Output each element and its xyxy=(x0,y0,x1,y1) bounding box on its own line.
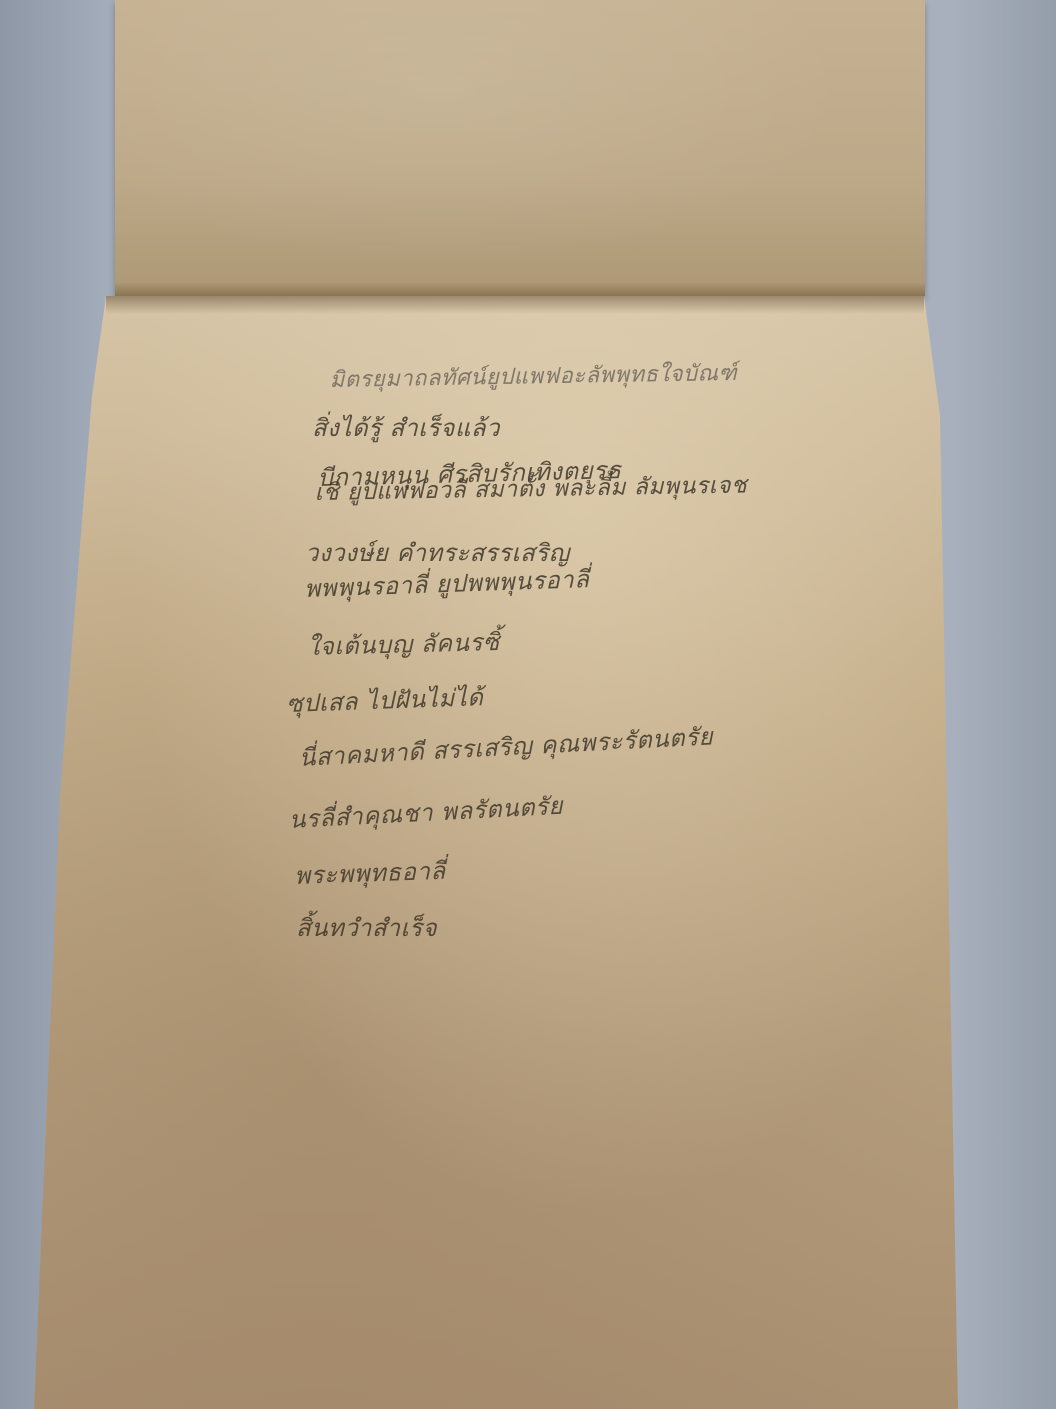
upper-notebook-page xyxy=(115,0,925,296)
lower-notebook-page xyxy=(0,296,1056,1409)
page-fold-shadow xyxy=(106,296,924,314)
